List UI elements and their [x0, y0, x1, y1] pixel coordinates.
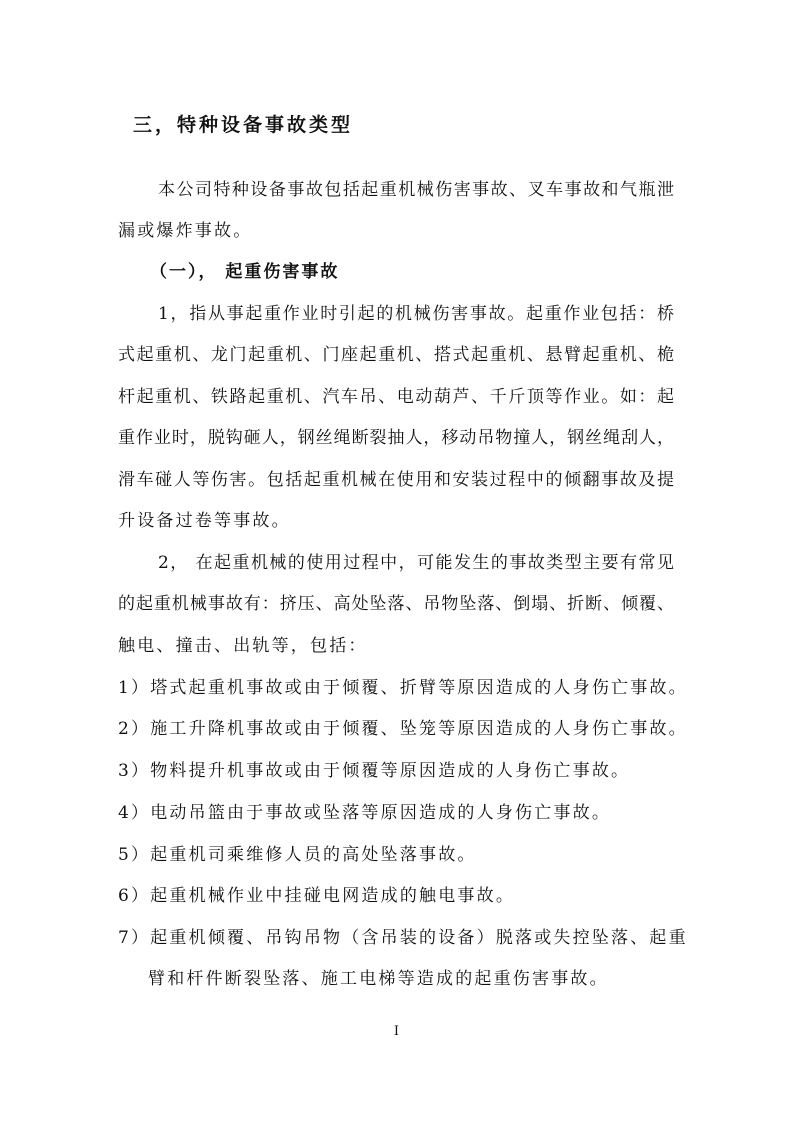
list-item: 6）起重机械作业中挂碰电网造成的触电事故。	[118, 885, 674, 907]
intro-line-1: 本公司特种设备事故包括起重机械伤害事故、叉车事故和气瓶泄	[158, 179, 674, 201]
paragraph2-line-1: 2， 在起重机械的使用过程中，可能发生的事故类型主要有常见	[158, 552, 674, 574]
list-item-label: 4）	[118, 803, 150, 823]
subsection-heading: （一）， 起重伤害事故	[150, 261, 339, 283]
list-item: 7）起重机倾覆、吊钩吊物（含吊装的设备）脱落或失控坠落、起重	[118, 927, 674, 949]
list-item-text: 施工升降机事故或由于倾覆、坠笼等原因造成的人身伤亡事故。	[150, 719, 688, 739]
section-heading: 三，特种设备事故类型	[133, 114, 353, 136]
paragraph1-line-2: 式起重机、龙门起重机、门座起重机、搭式起重机、悬臂起重机、桅	[118, 344, 674, 366]
list-item-text: 电动吊篮由于事故或坠落等原因造成的人身伤亡事故。	[150, 803, 611, 823]
list-item: 2）施工升降机事故或由于倾覆、坠笼等原因造成的人身伤亡事故。	[118, 718, 674, 740]
list-item-continuation: 臂和杆件断裂坠落、施工电梯等造成的起重伤害事故。	[148, 968, 674, 990]
intro-line-2: 漏或爆炸事故。	[118, 220, 674, 242]
list-item-text: 起重机倾覆、吊钩吊物（含吊装的设备）脱落或失控坠落、起重	[150, 928, 688, 948]
list-item-text: 起重机司乘维修人员的高处坠落事故。	[150, 845, 476, 865]
paragraph1-line-6: 升设备过卷等事故。	[118, 510, 674, 532]
paragraph1-line-5: 滑车碰人等伤害。包括起重机械在使用和安装过程中的倾翻事故及提	[118, 469, 674, 491]
list-item: 4）电动吊篮由于事故或坠落等原因造成的人身伤亡事故。	[118, 802, 674, 824]
page-number: I	[0, 1024, 793, 1039]
list-item-label: 6）	[118, 886, 150, 906]
paragraph1-line-1: 1，指从事起重作业时引起的机械伤害事故。起重作业包括：桥	[158, 303, 674, 325]
list-item: 5）起重机司乘维修人员的高处坠落事故。	[118, 844, 674, 866]
document-page: 三，特种设备事故类型 本公司特种设备事故包括起重机械伤害事故、叉车事故和气瓶泄 …	[0, 0, 793, 1122]
list-item-label: 7）	[118, 928, 150, 948]
list-item-label: 3）	[118, 761, 150, 781]
list-item: 1）塔式起重机事故或由于倾覆、折臂等原因造成的人身伤亡事故。	[118, 677, 674, 699]
list-item-label: 1）	[118, 678, 150, 698]
list-item-text: 起重机械作业中挂碰电网造成的触电事故。	[150, 886, 515, 906]
paragraph2-line-3: 触电、撞击、出轨等，包括：	[118, 635, 674, 657]
list-item-label: 2）	[118, 719, 150, 739]
list-item-text: 物料提升机事故或由于倾覆等原因造成的人身伤亡事故。	[150, 761, 630, 781]
list-item: 3）物料提升机事故或由于倾覆等原因造成的人身伤亡事故。	[118, 760, 674, 782]
paragraph1-line-4: 重作业时，脱钩砸人，钢丝绳断裂抽人，移动吊物撞人，钢丝绳刮人，	[118, 427, 674, 449]
paragraph1-line-3: 杆起重机、铁路起重机、汽车吊、电动葫芦、千斤顶等作业。如：起	[118, 386, 674, 408]
list-item-text: 塔式起重机事故或由于倾覆、折臂等原因造成的人身伤亡事故。	[150, 678, 688, 698]
list-item-label: 5）	[118, 845, 150, 865]
paragraph2-line-2: 的起重机械事故有：挤压、高处坠落、吊物坠落、倒塌、折断、倾覆、	[118, 593, 674, 615]
